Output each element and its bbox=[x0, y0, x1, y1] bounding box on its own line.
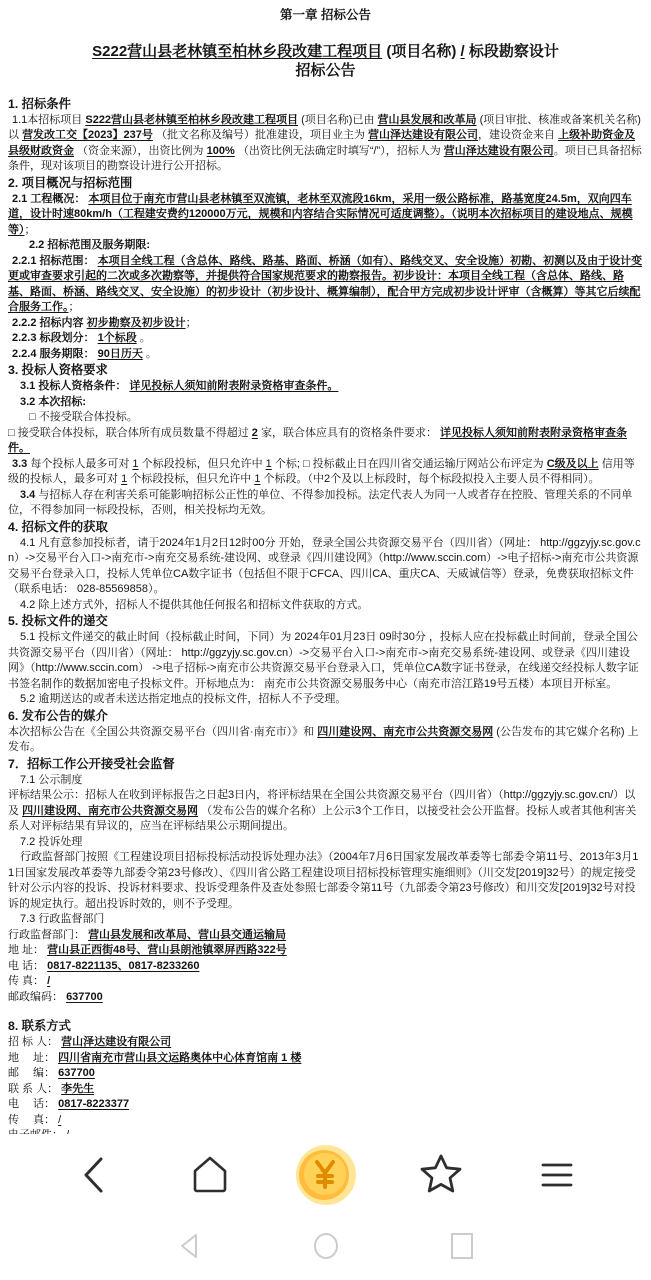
section-7-heading: 7．招标工作公开接受社会监督 bbox=[8, 756, 643, 773]
text-run: 1. 招标条件 bbox=[8, 97, 71, 111]
checkbox-consortium: □ 接受联合体投标，联合体所有成员数量不得超过 2 家，联合体应具有的资格条件要… bbox=[8, 426, 643, 457]
tenderer-contact: 联 系 人： 李先生 bbox=[8, 1082, 643, 1098]
text-run: 3.1 投标人资格条件： bbox=[20, 380, 129, 392]
nav-back-icon bbox=[175, 1231, 205, 1264]
text-run: 637700 bbox=[66, 991, 103, 1003]
text-run: 与招标人存在利害关系可能影响招标公正性的单位、不得参加投标。法定代表人为同一人或… bbox=[8, 489, 632, 517]
tenderer-postcode: 邮 编： 637700 bbox=[8, 1066, 643, 1082]
text-run: / bbox=[58, 1114, 61, 1126]
coin-button[interactable] bbox=[294, 1144, 358, 1208]
text-run: (项目名称)已由 bbox=[298, 114, 377, 126]
text-run: 第一章 招标公告 bbox=[280, 8, 371, 22]
supervision-address: 地 址： 营山县正西街48号、营山县朗池镇翠屏西路322号 bbox=[8, 943, 643, 959]
system-recents-button[interactable] bbox=[445, 1230, 479, 1264]
clause-1-1: 1.1本招标项目 S222营山县老林镇至柏林乡段改建工程项目 (项目名称)已由 … bbox=[8, 113, 643, 175]
text-run: 四川建设网、南充市公共资源交易网 bbox=[22, 805, 198, 817]
home-icon bbox=[187, 1152, 233, 1201]
chapter-heading: 第一章 招标公告 bbox=[8, 8, 643, 24]
section-8-heading: 8. 联系方式 bbox=[8, 1018, 643, 1035]
text-run: 2.2.3 标段划分： bbox=[12, 332, 98, 344]
star-icon bbox=[417, 1151, 465, 1202]
text-run: 邮政编码： bbox=[8, 991, 66, 1003]
text-run: 5.1 投标文件递交的截止时间（投标截止时间，下同）为 2024年01月23日 … bbox=[8, 631, 639, 690]
text-run: 3.2 本次招标: bbox=[20, 396, 86, 408]
text-run: 7.2 投诉处理 bbox=[20, 836, 82, 848]
clause-7-2-body: 行政监督部门按照《工程建设项目招标投标活动投诉处理办法》（2004年7月6日国家… bbox=[8, 850, 643, 912]
text-run: 4.1 凡有意参加投标者，请于2024年1月2日12时00分 开始，登录全国公共… bbox=[8, 537, 641, 596]
section-3-heading: 3. 投标人资格要求 bbox=[8, 362, 643, 379]
text-run: 本项目全线工程（含总体、路线、路基、路面、桥涵（如有）、路线交叉、安全设施）初勘… bbox=[8, 255, 642, 314]
text-run: （出资比例无法确定时填写“/”），招标人为 bbox=[235, 145, 444, 157]
text-run: 7.3 行政监督部门 bbox=[20, 913, 104, 925]
clause-6-body: 本次招标公告在《全国公共资源交易平台（四川省·南充市）》和 四川建设网、南充市公… bbox=[8, 725, 643, 756]
supervision-fax: 传 真： / bbox=[8, 974, 643, 990]
text-run: □ 不接受联合体投标。 bbox=[29, 411, 138, 423]
text-run: 行政监督部门按照《工程建设项目招标投标活动投诉处理办法》（2004年7月6日国家… bbox=[8, 851, 638, 910]
text-run: 招 标 人： bbox=[8, 1036, 61, 1048]
text-run: 本项目位于南充市营山县老林镇至双流镇，老林至双流段16km，采用一级公路标准，路… bbox=[8, 193, 633, 236]
text-run: S222营山县老林镇至柏林乡段改建工程项目 bbox=[92, 43, 382, 60]
text-run: 传 真： bbox=[8, 1114, 58, 1126]
text-run: 个标段。（中2个及以上标段时，每个标段拟投入主要人员不得相同）。 bbox=[260, 473, 599, 485]
text-run: 电 话： bbox=[8, 1098, 58, 1110]
text-run: 7．招标工作公开接受社会监督 bbox=[8, 757, 175, 771]
nav-home-icon bbox=[311, 1231, 341, 1264]
text-run: 90日历天 bbox=[98, 348, 143, 360]
text-run: 营山县发展和改革局 bbox=[378, 114, 477, 126]
text-run: 招标公告 bbox=[295, 62, 355, 79]
document-scroll-area[interactable]: 第一章 招标公告S222营山县老林镇至柏林乡段改建工程项目 (项目名称) / 标… bbox=[0, 0, 651, 1134]
text-run: (项目名称) bbox=[382, 43, 460, 60]
text-run: 6. 发布公告的媒介 bbox=[8, 709, 108, 723]
clause-3-3: 3.3 每个投标人最多可对 1 个标段投标，但只允许中 1 个标; □ 投标截止… bbox=[8, 457, 643, 488]
clause-3-4: 3.4 与招标人存在利害关系可能影响招标公正性的单位、不得参加投标。法定代表人为… bbox=[8, 488, 643, 519]
text-run: 2.2.2 招标内容 bbox=[12, 317, 87, 329]
tenderer-address: 地 址： 四川省南充市营山县文运路奥体中心体育馆南 1 楼 bbox=[8, 1051, 643, 1067]
text-run: 四川省南充市营山县文运路奥体中心体育馆南 1 楼 bbox=[58, 1052, 301, 1064]
browser-toolbar bbox=[0, 1134, 651, 1218]
text-run: / bbox=[47, 975, 50, 987]
clause-7-1: 7.1 公示制度 bbox=[8, 773, 643, 789]
clause-5-1: 5.1 投标文件递交的截止时间（投标截止时间，下同）为 2024年01月23日 … bbox=[8, 630, 643, 692]
text-run: 4.2 除上述方式外，招标人不提供其他任何报名和招标文件获取的方式。 bbox=[20, 599, 368, 611]
clause-2-1: 2.1 工程概况： 本项目位于南充市营山县老林镇至双流镇，老林至双流段16km，… bbox=[8, 192, 643, 239]
text-run: 1.1本招标项目 bbox=[12, 114, 85, 126]
tenderer-fax: 传 真： / bbox=[8, 1113, 643, 1129]
text-run: 电 话： bbox=[8, 960, 47, 972]
coin-yuan-icon bbox=[293, 1142, 359, 1211]
text-run: （资金来源），出资比例为 bbox=[74, 145, 207, 157]
text-run: 地 址： bbox=[8, 944, 47, 956]
text-run: 2.2.1 招标范围： bbox=[12, 255, 98, 267]
home-button[interactable] bbox=[178, 1144, 242, 1208]
text-run: ； bbox=[69, 301, 80, 313]
text-run: 营发改工交【2023】237号 bbox=[22, 129, 153, 141]
text-run: 2.1 工程概况： bbox=[12, 193, 88, 205]
nav-recents-icon bbox=[447, 1231, 477, 1264]
text-run: 本次招标公告在《全国公共资源交易平台（四川省·南充市）》和 bbox=[8, 726, 317, 738]
clause-4-2: 4.2 除上述方式外，招标人不提供其他任何报名和招标文件获取的方式。 bbox=[8, 598, 643, 614]
back-button[interactable] bbox=[62, 1144, 126, 1208]
section-1-heading: 1. 招标条件 bbox=[8, 96, 643, 113]
text-run: 8. 联系方式 bbox=[8, 1019, 71, 1033]
menu-icon bbox=[537, 1155, 577, 1198]
text-run: 2. 项目概况与招标范围 bbox=[8, 176, 132, 190]
text-run: 100% bbox=[207, 145, 235, 157]
text-run: □ 接受联合体投标，联合体所有成员数量不得超过 bbox=[8, 427, 252, 439]
clause-2-2-4: 2.2.4 服务期限： 90日历天 。 bbox=[8, 347, 643, 363]
text-run: 3.3 bbox=[12, 458, 27, 470]
clause-7-1-body: 评标结果公示：招标人在收到评标报告之日起3日内，将评标结果在全国公共资源交易平台… bbox=[8, 788, 643, 835]
project-title: S222营山县老林镇至柏林乡段改建工程项目 (项目名称) / 标段勘察设计 bbox=[8, 42, 643, 61]
text-run: 地 址： bbox=[8, 1052, 58, 1064]
text-run: 。 bbox=[137, 332, 151, 344]
checkbox-no-consortium: □ 不接受联合体投标。 bbox=[8, 410, 643, 426]
text-run: 0817-8223377 bbox=[58, 1098, 129, 1110]
clause-2-2-1: 2.2.1 招标范围： 本项目全线工程（含总体、路线、路基、路面、桥涵（如有）、… bbox=[8, 254, 643, 316]
system-back-button[interactable] bbox=[173, 1230, 207, 1264]
menu-button[interactable] bbox=[525, 1144, 589, 1208]
clause-7-2: 7.2 投诉处理 bbox=[8, 835, 643, 851]
favorite-button[interactable] bbox=[409, 1144, 473, 1208]
clause-4-1: 4.1 凡有意参加投标者，请于2024年1月2日12时00分 开始，登录全国公共… bbox=[8, 536, 643, 598]
clause-2-2-3: 2.2.3 标段划分： 1个标段 。 bbox=[8, 331, 643, 347]
text-run: ； bbox=[25, 224, 36, 236]
section-2-heading: 2. 项目概况与招标范围 bbox=[8, 175, 643, 192]
text-run: 营山泽达建设有限公司 bbox=[444, 145, 554, 157]
supervision-dept: 行政监督部门： 营山县发展和改革局、营山县交通运输局 bbox=[8, 928, 643, 944]
text-run: 营山县正西街48号、营山县朗池镇翠屏西路322号 bbox=[47, 944, 287, 956]
system-nav-bar bbox=[0, 1218, 651, 1280]
clause-2-2: 2.2 招标范围及服务期限: bbox=[8, 238, 643, 254]
text-run: 个标段投标，但只允许中 bbox=[127, 473, 254, 485]
text-run: （批文名称及编号）批准建设，项目业主为 bbox=[153, 129, 368, 141]
text-run: 四川建设网、南充市公共资源交易网 bbox=[317, 726, 493, 738]
system-home-button[interactable] bbox=[309, 1230, 343, 1264]
text-run: ，建设资金来自 bbox=[478, 129, 558, 141]
text-run: 7.1 公示制度 bbox=[20, 774, 82, 786]
text-run: 3. 投标人资格要求 bbox=[8, 363, 108, 377]
text-run: 详见投标人须知前附表附录资格审查条件。 bbox=[129, 380, 338, 392]
clause-3-1: 3.1 投标人资格条件： 详见投标人须知前附表附录资格审查条件。 bbox=[8, 379, 643, 395]
supervision-phone: 电 话： 0817-8221135、0817-8233260 bbox=[8, 959, 643, 975]
text-run: S222营山县老林镇至柏林乡段改建工程项目 bbox=[85, 114, 298, 126]
tenderer-name: 招 标 人： 营山泽达建设有限公司 bbox=[8, 1035, 643, 1051]
section-6-heading: 6. 发布公告的媒介 bbox=[8, 708, 643, 725]
text-run: 邮 编： bbox=[8, 1067, 58, 1079]
text-run: 标段勘察设计 bbox=[465, 43, 559, 60]
text-run: 2.2 招标范围及服务期限: bbox=[29, 239, 150, 251]
text-run: 个标段投标，但只允许中 bbox=[139, 458, 266, 470]
text-run: 个标; □ 投标截止日在四川省交通运输厅网站公布评定为 bbox=[272, 458, 547, 470]
text-run: 。 bbox=[143, 348, 157, 360]
text-run: 0817-8221135、0817-8233260 bbox=[47, 960, 199, 972]
clause-3-2: 3.2 本次招标: bbox=[8, 395, 643, 411]
text-run: 李先生 bbox=[61, 1083, 94, 1095]
section-5-heading: 5. 投标文件的递交 bbox=[8, 613, 643, 630]
text-run: 营山泽达建设有限公司 bbox=[61, 1036, 171, 1048]
text-run: ； bbox=[186, 317, 197, 329]
text-run: 2.2.4 服务期限： bbox=[12, 348, 98, 360]
clause-5-2: 5.2 逾期送达的或者未送达指定地点的投标文件，招标人不予受理。 bbox=[8, 692, 643, 708]
text-run: 1个标段 bbox=[98, 332, 137, 344]
text-run: 联 系 人： bbox=[8, 1083, 61, 1095]
text-run: 营山县发展和改革局、营山县交通运输局 bbox=[88, 929, 286, 941]
text-run: 行政监督部门： bbox=[8, 929, 88, 941]
announcement-subtitle: 招标公告 bbox=[8, 61, 643, 80]
blank-line bbox=[8, 1005, 643, 1018]
text-run: 637700 bbox=[58, 1067, 95, 1079]
back-icon bbox=[77, 1153, 111, 1200]
phone-screen: { "colors": { "page_bg": "#ffffff", "tex… bbox=[0, 0, 651, 1280]
text-run: 营山泽达建设有限公司 bbox=[368, 129, 478, 141]
text-run: 初步勘察及初步设计 bbox=[87, 317, 186, 329]
text-run: 4. 招标文件的获取 bbox=[8, 520, 108, 534]
section-4-heading: 4. 招标文件的获取 bbox=[8, 519, 643, 536]
text-run: C级及以上 bbox=[547, 458, 599, 470]
tenderer-phone: 电 话： 0817-8223377 bbox=[8, 1097, 643, 1113]
text-run: 每个投标人最多可对 bbox=[27, 458, 132, 470]
text-run: 3.4 bbox=[20, 489, 35, 501]
text-run: 传 真： bbox=[8, 975, 47, 987]
clause-2-2-2: 2.2.2 招标内容 初步勘察及初步设计； bbox=[8, 316, 643, 332]
clause-7-3: 7.3 行政监督部门 bbox=[8, 912, 643, 928]
text-run: 5.2 逾期送达的或者未送达指定地点的投标文件，招标人不予受理。 bbox=[20, 693, 346, 705]
text-run: 家，联合体应具有的资格条件要求： bbox=[258, 427, 440, 439]
text-run: 5. 投标文件的递交 bbox=[8, 614, 108, 628]
supervision-postcode: 邮政编码： 637700 bbox=[8, 990, 643, 1006]
